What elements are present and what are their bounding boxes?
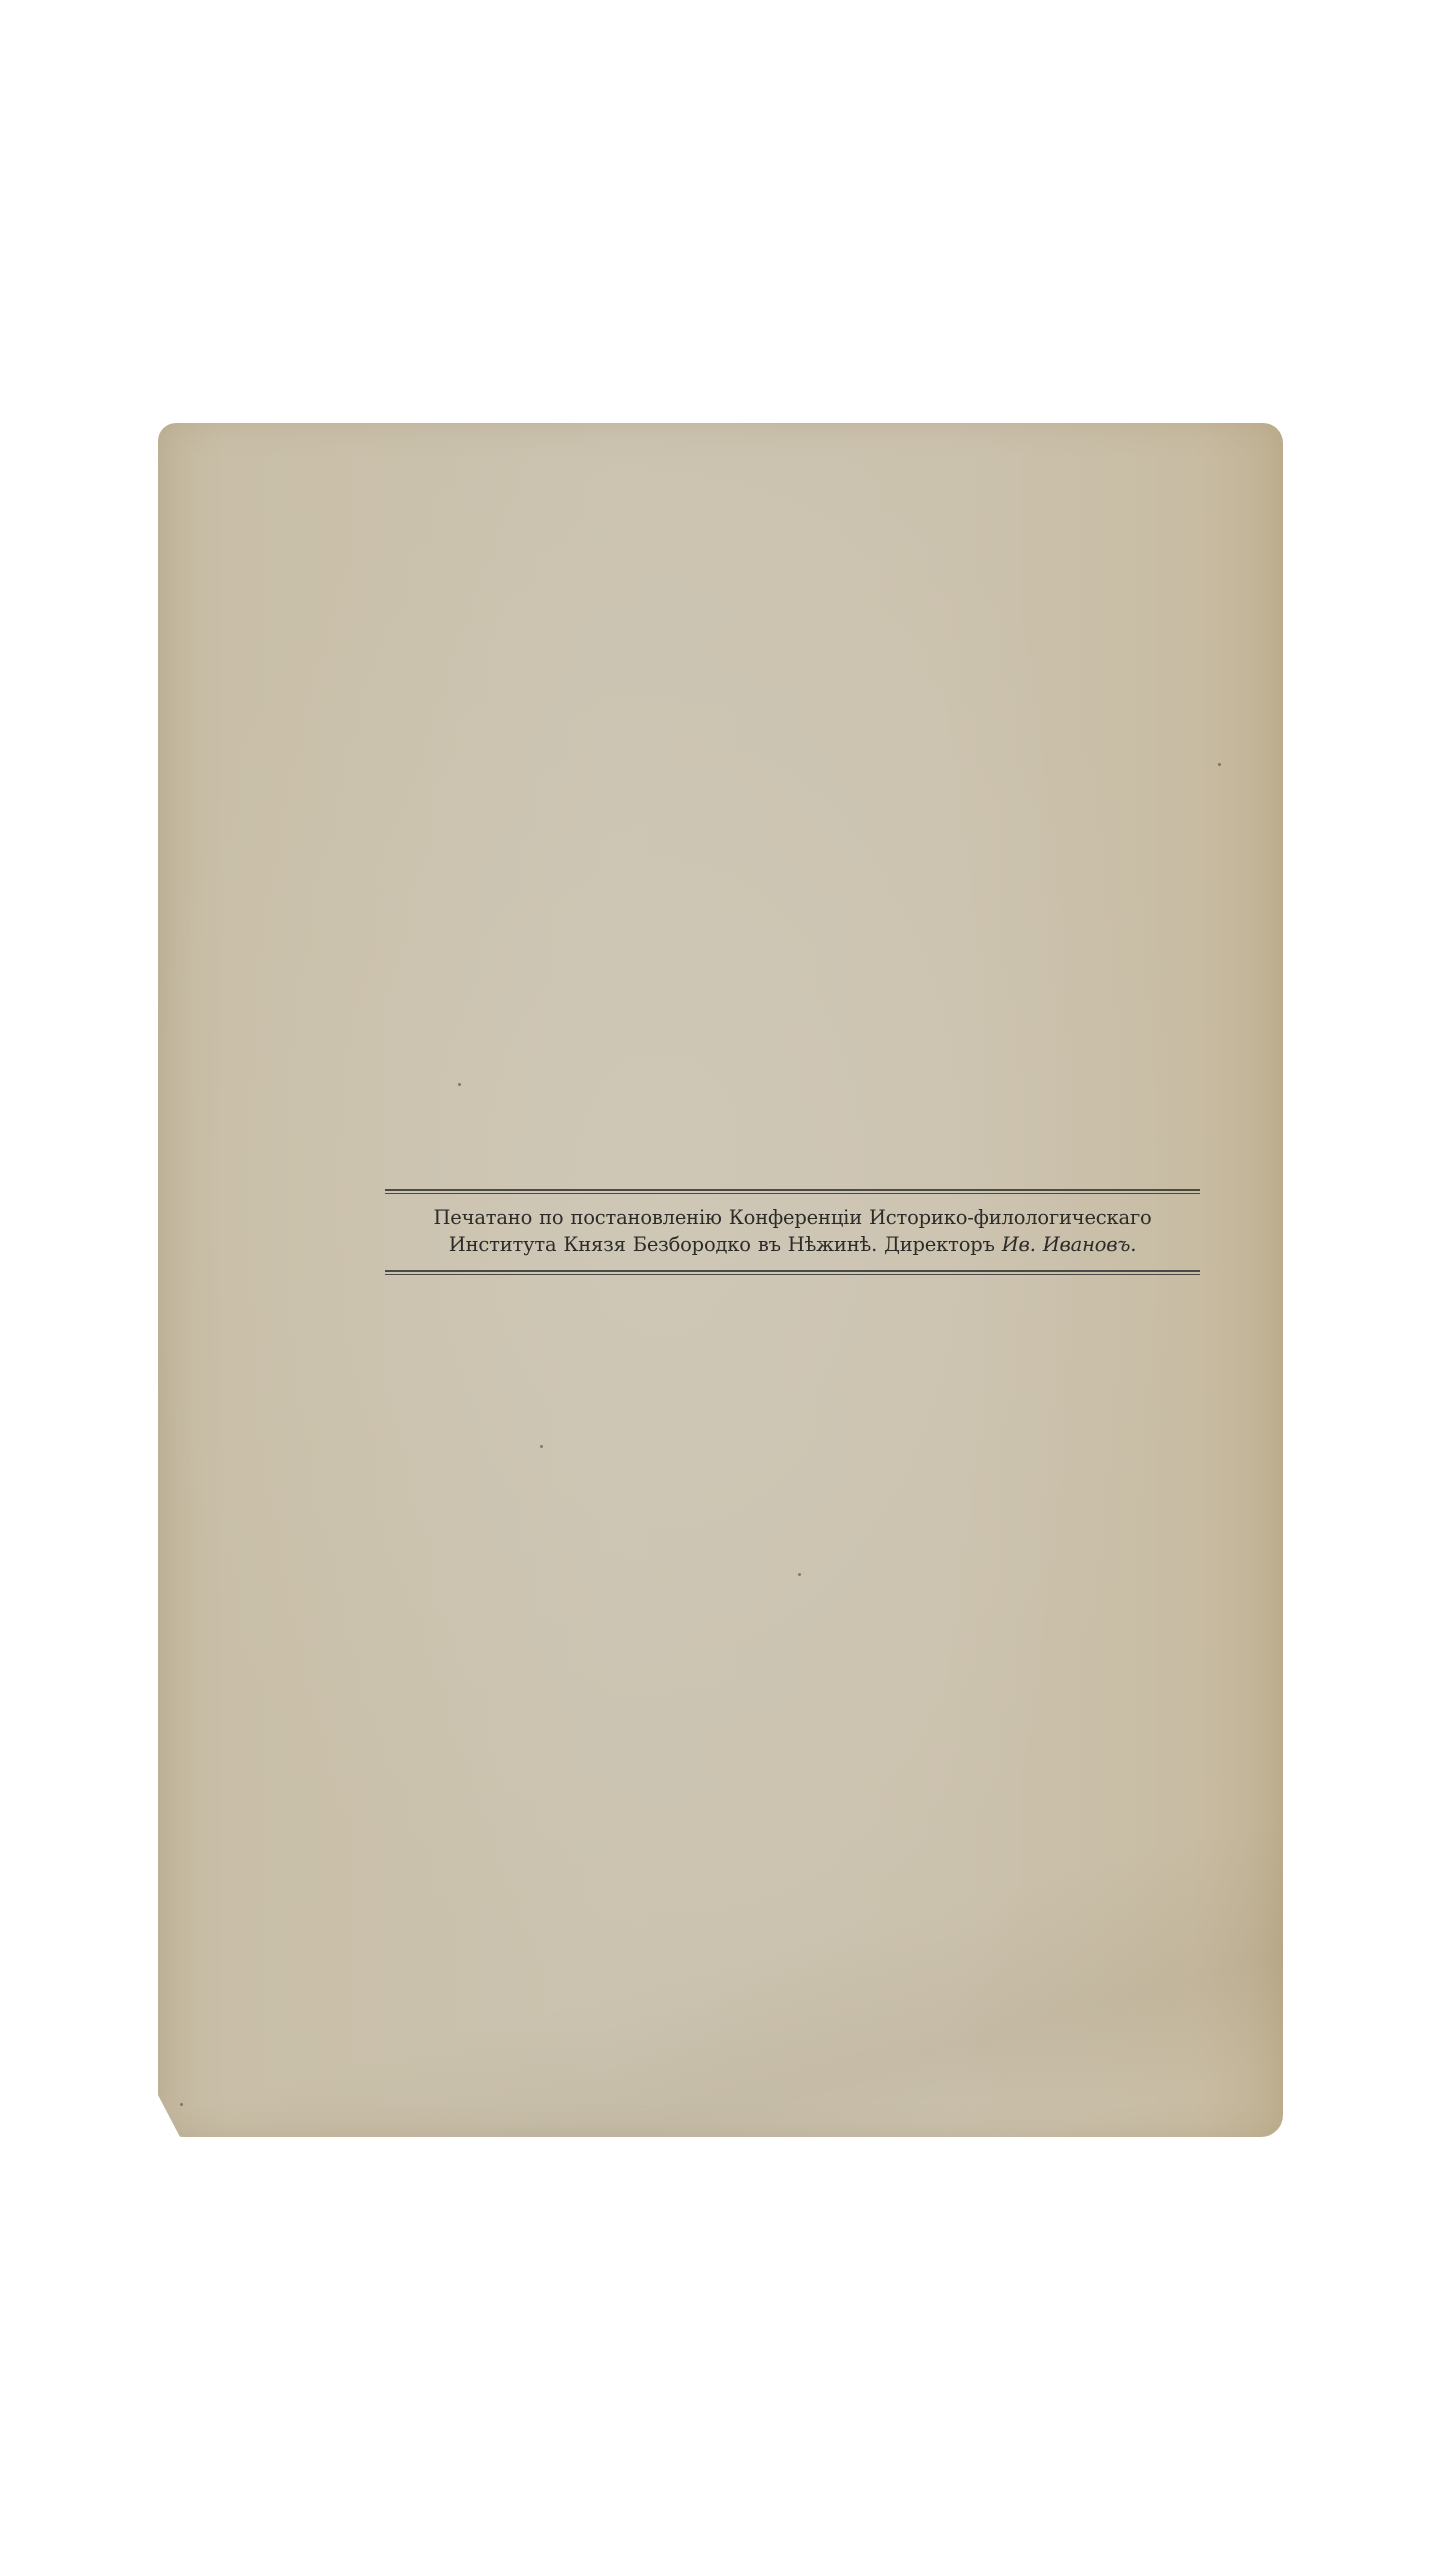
- printing-permission-imprint: Печатано по постановленію Конференціи Ис…: [385, 1189, 1200, 1275]
- book-page: Печатано по постановленію Конференціи Ис…: [158, 423, 1283, 2137]
- bottom-double-rule: [385, 1270, 1200, 1275]
- imprint-line-1: Печатано по постановленію Конференціи Ис…: [385, 1204, 1200, 1231]
- paper-speck: [180, 2103, 183, 2106]
- paper-speck: [1218, 763, 1221, 766]
- top-double-rule: [385, 1189, 1200, 1194]
- imprint-line-2: Института Князя Безбородко въ Нѣжинѣ. Ди…: [385, 1231, 1200, 1258]
- imprint-text: Печатано по постановленію Конференціи Ис…: [385, 1194, 1200, 1270]
- paper-speck: [458, 1083, 461, 1086]
- paper-speck: [798, 1573, 801, 1576]
- imprint-line-2-text: Института Князя Безбородко въ Нѣжинѣ. Ди…: [449, 1233, 1002, 1256]
- director-signature: Ив. Ивановъ: [1002, 1233, 1130, 1256]
- paper-speck: [540, 1445, 543, 1448]
- show-through-texture: [158, 948, 1283, 1038]
- imprint-line-2-end: .: [1130, 1233, 1136, 1256]
- worn-page-corner: [158, 2095, 180, 2137]
